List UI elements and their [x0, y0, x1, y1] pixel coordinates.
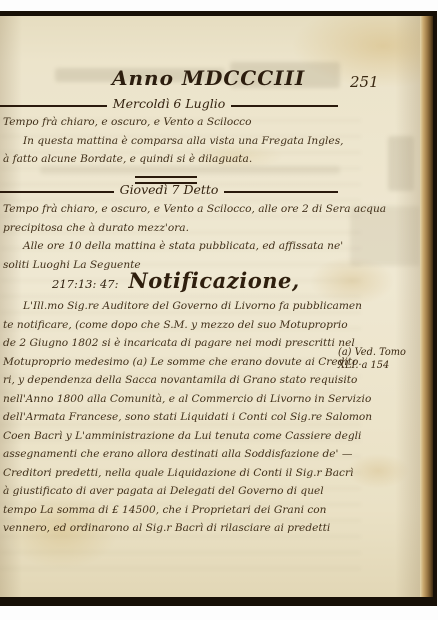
notification-body-line: à giustificato di aver pagata ai Delegat… — [3, 482, 372, 501]
rule-segment — [231, 105, 338, 107]
year-heading: Anno MDCCCIII — [112, 66, 305, 90]
notification-body-line: assegnamenti che erano allora destinati … — [3, 445, 372, 464]
book-fore-edge — [420, 16, 433, 597]
notification-number: 217:13: 47: — [52, 277, 119, 291]
notification-body-line: vennero, ed ordinarono al Sig.r Bacrì di… — [3, 519, 372, 538]
notification-body-line: Coen Bacrì y L'amministrazione da Lui te… — [3, 427, 372, 446]
notification-body-line: ri, y dependenza della Sacca novantamila… — [3, 371, 372, 390]
margin-note-line: (a) Ved. Tomo — [338, 346, 421, 359]
rule-segment — [0, 105, 107, 107]
scanned-manuscript-photo: Anno MDCCCIII 251 Mercoldì 6 Luglio Temp… — [0, 0, 438, 620]
notification-title: Notificazione, — [129, 268, 300, 293]
date-rule-mercoldi: Mercoldì 6 Luglio — [0, 96, 338, 111]
notification-body-line: dell'Armata Francese, sono stati Liquida… — [3, 408, 372, 427]
notification-body: L'Ill.mo Sig.re Auditore del Governo di … — [3, 297, 372, 538]
weather-line: Tempo frà chiaro, e oscuro, e Vento a Sc… — [3, 200, 386, 219]
rule-segment — [224, 191, 338, 193]
notification-body-line: tempo La somma di £ 14500, che i Proprie… — [3, 501, 372, 520]
notification-body-line: de 2 Giugno 1802 si è incaricata di paga… — [3, 334, 372, 353]
notification-heading: 217:13: 47: Notificazione, — [52, 268, 300, 293]
book-backdrop: Anno MDCCCIII 251 Mercoldì 6 Luglio Temp… — [0, 11, 437, 606]
entry-2-text: Tempo frà chiaro, e oscuro, e Vento a Sc… — [3, 200, 386, 275]
date-heading: Giovedì 7 Detto — [114, 182, 225, 197]
entry-line: à fatto alcune Bordate, e quindi si è di… — [3, 150, 344, 169]
margin-note-line: XLI. a 154 — [338, 359, 421, 372]
notification-body-line: Motuproprio medesimo (a) Le somme che er… — [3, 353, 372, 372]
notification-body-line: L'Ill.mo Sig.re Auditore del Governo di … — [3, 297, 372, 316]
entry-line: Alle ore 10 della mattina è stata pubbli… — [3, 237, 386, 256]
entry-line: In questa mattina è comparsa alla vista … — [3, 132, 344, 151]
weather-line: Tempo frà chiaro, e oscuro, e Vento a Sc… — [3, 113, 344, 132]
entry-1-text: Tempo frà chiaro, e oscuro, e Vento a Sc… — [3, 113, 344, 169]
notification-body-line: te notificare, (come dopo che S.M. y mez… — [3, 316, 372, 335]
date-heading: Mercoldì 6 Luglio — [107, 96, 231, 111]
notification-body-line: nell'Anno 1800 alla Comunità, e al Comme… — [3, 390, 372, 409]
page-number: 251 — [350, 73, 379, 91]
manuscript-page: Anno MDCCCIII 251 Mercoldì 6 Luglio Temp… — [0, 16, 421, 597]
notification-body-line: Creditori predetti, nella quale Liquidaz… — [3, 464, 372, 483]
entry-line: precipitosa che à durato mezz'ora. — [3, 219, 386, 238]
margin-note: (a) Ved. Tomo XLI. a 154 — [338, 346, 421, 372]
bleed-through-smudge — [388, 136, 414, 191]
rule-segment — [0, 191, 114, 193]
date-rule-giovedi: Giovedì 7 Detto — [0, 182, 338, 197]
